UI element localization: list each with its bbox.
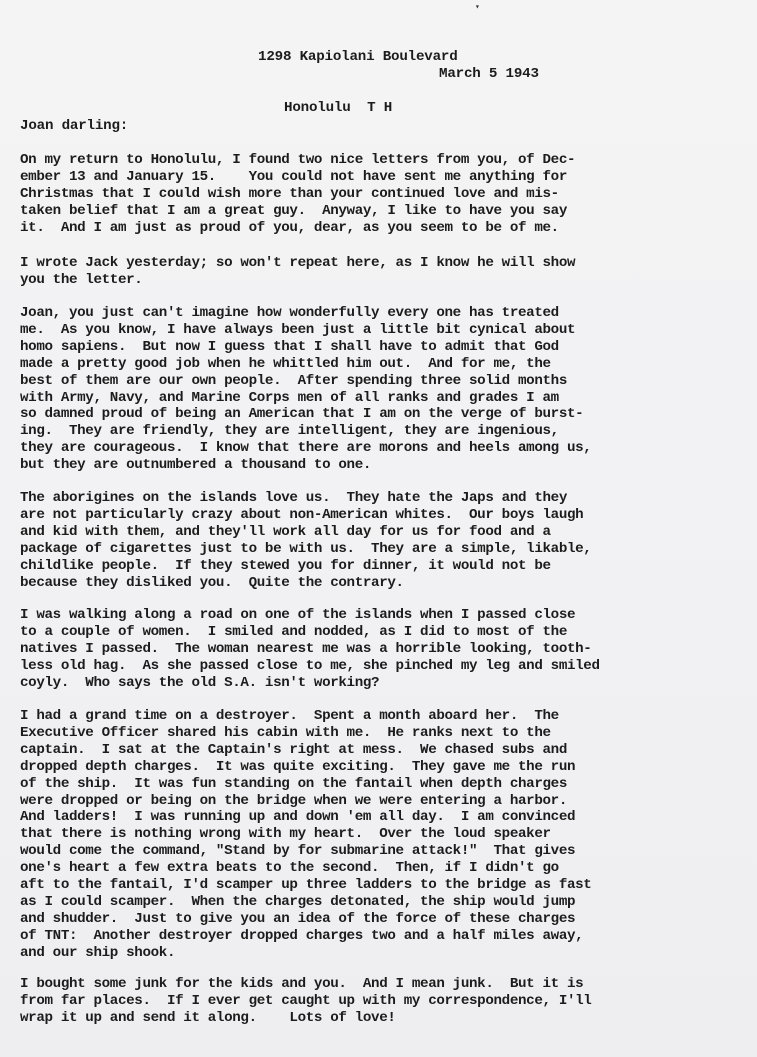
paragraph: I wrote Jack yesterday; so won't repeat … bbox=[20, 255, 575, 289]
paragraph: I bought some junk for the kids and you.… bbox=[20, 976, 591, 1027]
paragraph: Joan, you just can't imagine how wonderf… bbox=[20, 305, 591, 474]
text-line: as I could scamper. When the charges det… bbox=[20, 894, 591, 911]
text-line: dropped depth charges. It was quite exci… bbox=[20, 759, 591, 776]
paper-mark: ▾ bbox=[475, 2, 480, 12]
text-line: homo sapiens. But now I guess that I sha… bbox=[20, 339, 591, 356]
text-line: childlike people. If they stewed you for… bbox=[20, 558, 591, 575]
text-line: wrap it up and send it along. Lots of lo… bbox=[20, 1010, 591, 1027]
text-line: less old hag. As she passed close to me,… bbox=[20, 658, 600, 675]
text-line: best of them are our own people. After s… bbox=[20, 373, 591, 390]
text-line: I was walking along a road on one of the… bbox=[20, 607, 600, 624]
text-line: of TNT: Another destroyer dropped charge… bbox=[20, 928, 591, 945]
text-line: so damned proud of being an American tha… bbox=[20, 406, 591, 423]
text-line: me. As you know, I have always been just… bbox=[20, 322, 591, 339]
text-line: would come the command, "Stand by for su… bbox=[20, 843, 591, 860]
text-line: from far places. If I ever get caught up… bbox=[20, 993, 591, 1010]
text-line: coyly. Who says the old S.A. isn't worki… bbox=[20, 675, 600, 692]
text-line: with Army, Navy, and Marine Corps men of… bbox=[20, 390, 591, 407]
text-line: Joan, you just can't imagine how wonderf… bbox=[20, 305, 591, 322]
letter-date: March 5 1943 bbox=[439, 66, 539, 83]
text-line: were dropped or being on the bridge when… bbox=[20, 793, 591, 810]
text-line: are not particularly crazy about non-Ame… bbox=[20, 507, 591, 524]
paragraph: I was walking along a road on one of the… bbox=[20, 607, 600, 692]
text-line: aft to the fantail, I'd scamper up three… bbox=[20, 877, 591, 894]
salutation: Joan darling: bbox=[20, 118, 128, 135]
text-line: taken belief that I am a great guy. Anyw… bbox=[20, 203, 575, 220]
text-line: and kid with them, and they'll work all … bbox=[20, 524, 591, 541]
text-line: On my return to Honolulu, I found two ni… bbox=[20, 152, 575, 169]
text-line: Executive Officer shared his cabin with … bbox=[20, 725, 591, 742]
text-line: one's heart a few extra beats to the sec… bbox=[20, 860, 591, 877]
text-line: ember 13 and January 15. You could not h… bbox=[20, 169, 575, 186]
sender-address: 1298 Kapiolani Boulevard Honolulu T H bbox=[258, 15, 458, 151]
text-line: captain. I sat at the Captain's right at… bbox=[20, 742, 591, 759]
text-line: made a pretty good job when he whittled … bbox=[20, 356, 591, 373]
text-line: and shudder. Just to give you an idea of… bbox=[20, 911, 591, 928]
address-line: Honolulu T H bbox=[258, 100, 458, 117]
paragraph: On my return to Honolulu, I found two ni… bbox=[20, 152, 575, 237]
paragraph: I had a grand time on a destroyer. Spent… bbox=[20, 708, 591, 962]
text-line: ing. They are friendly, they are intelli… bbox=[20, 423, 591, 440]
address-line: 1298 Kapiolani Boulevard bbox=[258, 49, 458, 66]
text-line: and our ship shook. bbox=[20, 945, 591, 962]
text-line: because they disliked you. Quite the con… bbox=[20, 575, 591, 592]
text-line: Christmas that I could wish more than yo… bbox=[20, 186, 575, 203]
text-line: it. And I am just as proud of you, dear,… bbox=[20, 220, 575, 237]
text-line: I wrote Jack yesterday; so won't repeat … bbox=[20, 255, 575, 272]
text-line: The aborigines on the islands love us. T… bbox=[20, 490, 591, 507]
text-line: package of cigarettes just to be with us… bbox=[20, 541, 591, 558]
text-line: And ladders! I was running up and down '… bbox=[20, 809, 591, 826]
text-line: that there is nothing wrong with my hear… bbox=[20, 826, 591, 843]
text-line: they are courageous. I know that there a… bbox=[20, 440, 591, 457]
text-line: but they are outnumbered a thousand to o… bbox=[20, 457, 591, 474]
paragraph: The aborigines on the islands love us. T… bbox=[20, 490, 591, 591]
text-line: to a couple of women. I smiled and nodde… bbox=[20, 624, 600, 641]
text-line: I had a grand time on a destroyer. Spent… bbox=[20, 708, 591, 725]
text-line: of the ship. It was fun standing on the … bbox=[20, 776, 591, 793]
text-line: I bought some junk for the kids and you.… bbox=[20, 976, 591, 993]
text-line: you the letter. bbox=[20, 272, 575, 289]
letter-page: ▾ 1298 Kapiolani Boulevard Honolulu T H … bbox=[0, 0, 757, 1057]
text-line: natives I passed. The woman nearest me w… bbox=[20, 641, 600, 658]
